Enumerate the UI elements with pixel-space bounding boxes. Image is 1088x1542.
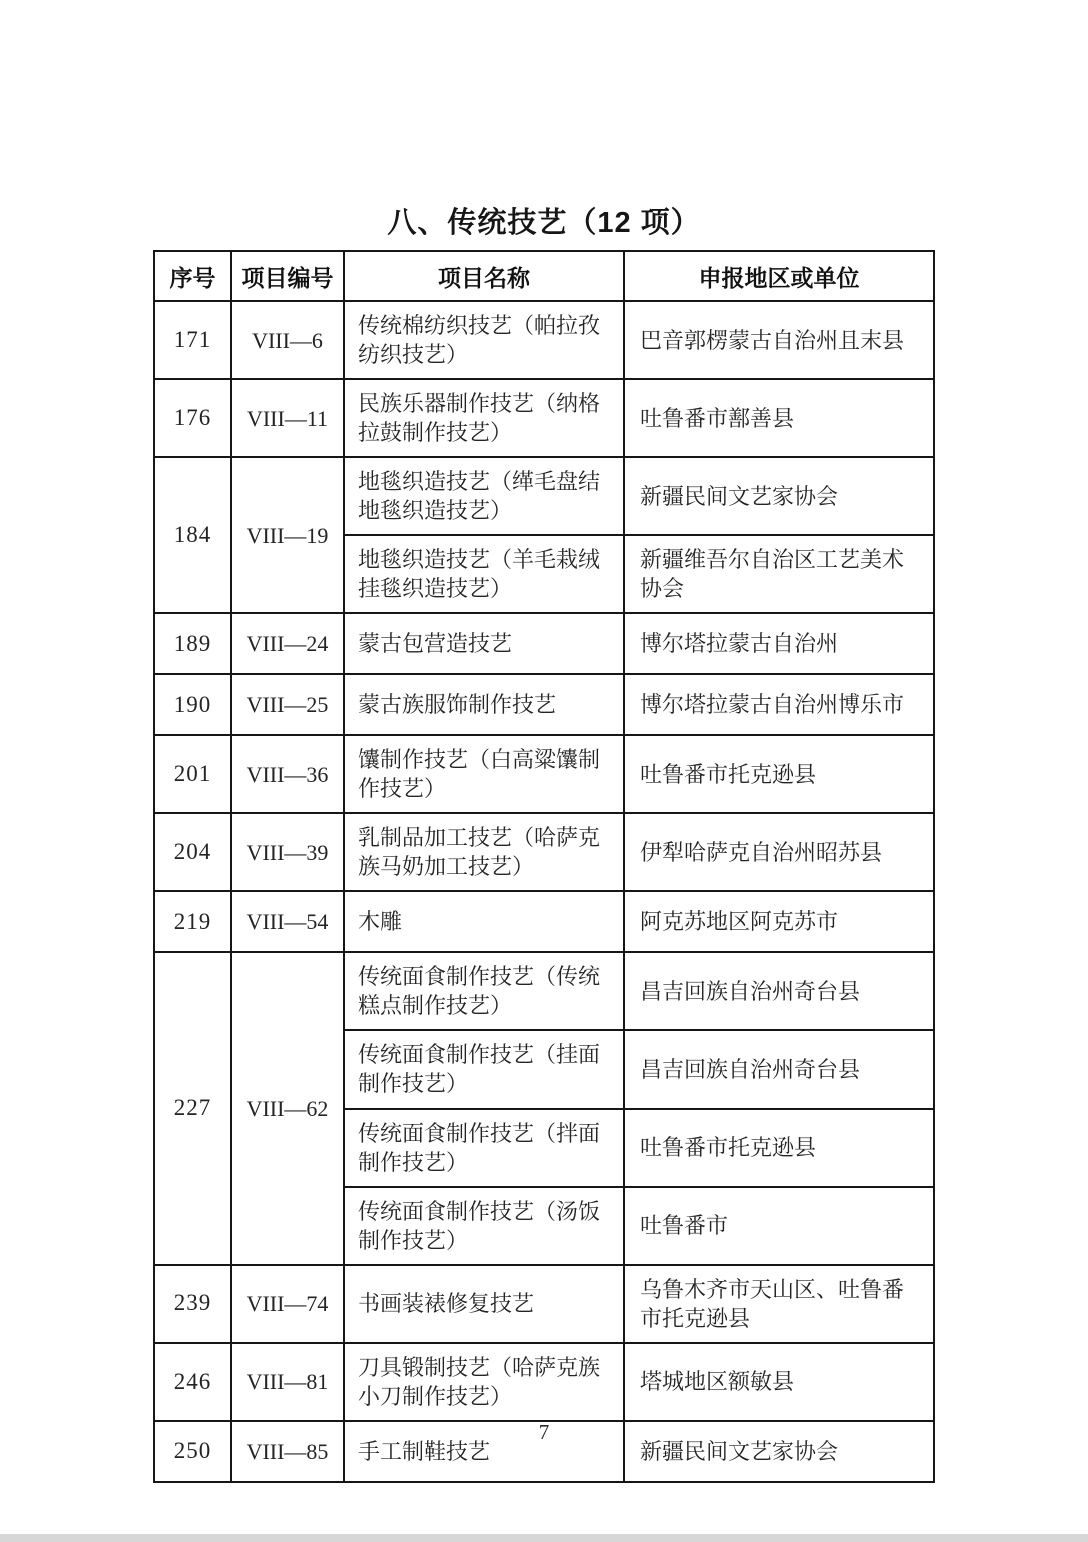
serial-cell: 189 <box>154 613 231 674</box>
unit-cell: 吐鲁番市鄯善县 <box>624 379 934 457</box>
project-name-cell: 蒙古包营造技艺 <box>344 613 624 674</box>
table-row: 176VIII—11民族乐器制作技艺（纳格拉鼓制作技艺）吐鲁番市鄯善县 <box>154 379 934 457</box>
page-number: 7 <box>0 1420 1088 1445</box>
project-name-cell: 书画装裱修复技艺 <box>344 1265 624 1343</box>
table-row: 219VIII—54木雕阿克苏地区阿克苏市 <box>154 891 934 952</box>
unit-cell: 吐鲁番市托克逊县 <box>624 735 934 813</box>
code-cell: VIII—6 <box>231 301 344 379</box>
code-cell: VIII—25 <box>231 674 344 735</box>
unit-cell: 巴音郭楞蒙古自治州且末县 <box>624 301 934 379</box>
table-body: 171VIII—6传统棉纺织技艺（帕拉孜纺织技艺）巴音郭楞蒙古自治州且末县176… <box>154 301 934 1482</box>
project-name-cell: 馕制作技艺（白高粱馕制作技艺） <box>344 735 624 813</box>
table-row: 184VIII—19地毯织造技艺（缂毛盘结地毯织造技艺）新疆民间文艺家协会 <box>154 457 934 535</box>
unit-cell: 塔城地区额敏县 <box>624 1343 934 1421</box>
serial-cell: 184 <box>154 457 231 613</box>
code-cell: VIII—39 <box>231 813 344 891</box>
project-name-cell: 乳制品加工技艺（哈萨克族马奶加工技艺） <box>344 813 624 891</box>
serial-cell: 219 <box>154 891 231 952</box>
code-cell: VIII—36 <box>231 735 344 813</box>
project-name-cell: 蒙古族服饰制作技艺 <box>344 674 624 735</box>
project-name-cell: 传统棉纺织技艺（帕拉孜纺织技艺） <box>344 301 624 379</box>
project-name-cell: 木雕 <box>344 891 624 952</box>
serial-cell: 190 <box>154 674 231 735</box>
document-page: 八、传统技艺（12 项） 序号 项目编号 项目名称 申报地区或单位 171VII… <box>0 0 1088 1542</box>
code-cell: VIII—11 <box>231 379 344 457</box>
project-name-cell: 传统面食制作技艺（传统糕点制作技艺） <box>344 952 624 1030</box>
table-row: 190VIII—25蒙古族服饰制作技艺博尔塔拉蒙古自治州博乐市 <box>154 674 934 735</box>
table-row: 204VIII—39乳制品加工技艺（哈萨克族马奶加工技艺）伊犁哈萨克自治州昭苏县 <box>154 813 934 891</box>
code-cell: VIII—81 <box>231 1343 344 1421</box>
unit-cell: 新疆维吾尔自治区工艺美术协会 <box>624 535 934 613</box>
scan-bottom-edge <box>0 1534 1088 1542</box>
unit-cell: 伊犁哈萨克自治州昭苏县 <box>624 813 934 891</box>
code-cell: VIII—74 <box>231 1265 344 1343</box>
unit-cell: 新疆民间文艺家协会 <box>624 457 934 535</box>
header-serial: 序号 <box>154 251 231 301</box>
unit-cell: 博尔塔拉蒙古自治州 <box>624 613 934 674</box>
table-row: 189VIII—24蒙古包营造技艺博尔塔拉蒙古自治州 <box>154 613 934 674</box>
project-name-cell: 传统面食制作技艺（挂面制作技艺） <box>344 1030 624 1108</box>
unit-cell: 昌吉回族自治州奇台县 <box>624 952 934 1030</box>
project-name-cell: 传统面食制作技艺（汤饭制作技艺） <box>344 1187 624 1265</box>
unit-cell: 博尔塔拉蒙古自治州博乐市 <box>624 674 934 735</box>
table-row: 201VIII—36馕制作技艺（白高粱馕制作技艺）吐鲁番市托克逊县 <box>154 735 934 813</box>
table-row: 239VIII—74书画装裱修复技艺乌鲁木齐市天山区、吐鲁番市托克逊县 <box>154 1265 934 1343</box>
code-cell: VIII—24 <box>231 613 344 674</box>
serial-cell: 201 <box>154 735 231 813</box>
serial-cell: 246 <box>154 1343 231 1421</box>
project-name-cell: 地毯织造技艺（缂毛盘结地毯织造技艺） <box>344 457 624 535</box>
unit-cell: 昌吉回族自治州奇台县 <box>624 1030 934 1108</box>
table-header-row: 序号 项目编号 项目名称 申报地区或单位 <box>154 251 934 301</box>
unit-cell: 吐鲁番市托克逊县 <box>624 1109 934 1187</box>
table-row: 227VIII—62传统面食制作技艺（传统糕点制作技艺）昌吉回族自治州奇台县 <box>154 952 934 1030</box>
unit-cell: 吐鲁番市 <box>624 1187 934 1265</box>
table-row: 246VIII—81刀具锻制技艺（哈萨克族小刀制作技艺）塔城地区额敏县 <box>154 1343 934 1421</box>
code-cell: VIII—19 <box>231 457 344 613</box>
page-title: 八、传统技艺（12 项） <box>0 200 1088 241</box>
unit-cell: 阿克苏地区阿克苏市 <box>624 891 934 952</box>
header-name: 项目名称 <box>344 251 624 301</box>
serial-cell: 239 <box>154 1265 231 1343</box>
project-name-cell: 地毯织造技艺（羊毛栽绒挂毯织造技艺） <box>344 535 624 613</box>
project-name-cell: 刀具锻制技艺（哈萨克族小刀制作技艺） <box>344 1343 624 1421</box>
unit-cell: 乌鲁木齐市天山区、吐鲁番市托克逊县 <box>624 1265 934 1343</box>
serial-cell: 227 <box>154 952 231 1264</box>
header-unit: 申报地区或单位 <box>624 251 934 301</box>
header-code: 项目编号 <box>231 251 344 301</box>
project-name-cell: 传统面食制作技艺（拌面制作技艺） <box>344 1109 624 1187</box>
code-cell: VIII—62 <box>231 952 344 1264</box>
project-name-cell: 民族乐器制作技艺（纳格拉鼓制作技艺） <box>344 379 624 457</box>
table-row: 171VIII—6传统棉纺织技艺（帕拉孜纺织技艺）巴音郭楞蒙古自治州且末县 <box>154 301 934 379</box>
code-cell: VIII—54 <box>231 891 344 952</box>
serial-cell: 204 <box>154 813 231 891</box>
serial-cell: 171 <box>154 301 231 379</box>
serial-cell: 176 <box>154 379 231 457</box>
heritage-table: 序号 项目编号 项目名称 申报地区或单位 171VIII—6传统棉纺织技艺（帕拉… <box>153 250 935 1483</box>
